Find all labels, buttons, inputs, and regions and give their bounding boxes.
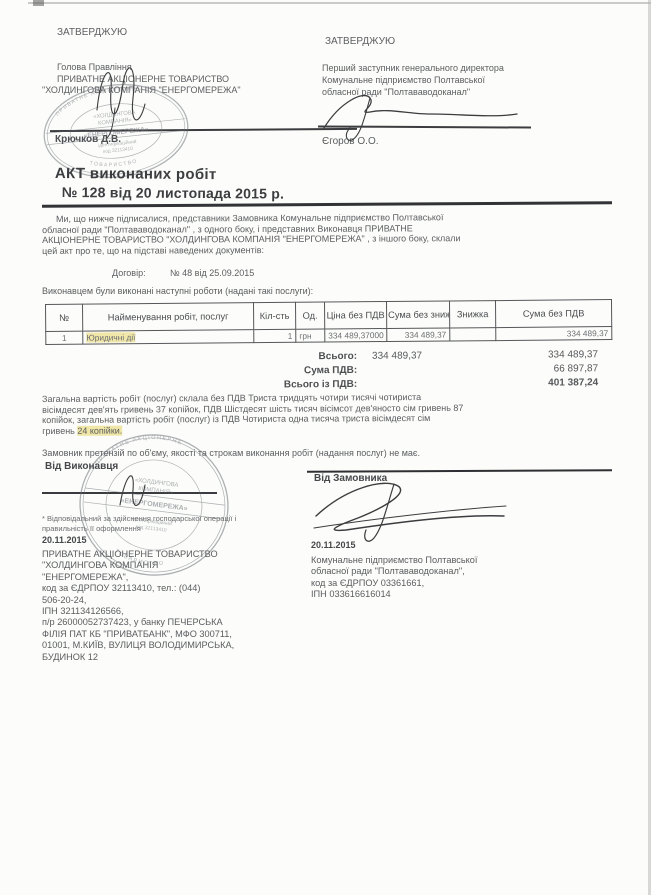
cell-qty: 1 bbox=[254, 329, 296, 342]
date-executor: 20.11.2015 bbox=[42, 535, 87, 546]
signature-scribble-executor bbox=[100, 455, 170, 515]
cell-unit: грн bbox=[296, 329, 325, 342]
col-header-qty: Кіл-сть bbox=[253, 302, 295, 329]
executor-detail-line: 01001, М.КИЇВ, ВУЛИЦЯ ВОЛОДИМИРСЬКА, bbox=[42, 640, 287, 651]
signature-scribble-customer bbox=[306, 476, 516, 546]
col-header-name: Найменування робіт, послуг bbox=[83, 303, 254, 331]
contract-value: № 48 від 25.09.2015 bbox=[170, 268, 254, 279]
works-intro: Виконавцем були виконані наступні роботи… bbox=[42, 286, 313, 297]
col-header-sum-no-vat: Сума без ПДВ bbox=[495, 300, 611, 328]
executor-detail-line: код за ЄДРПОУ 32113410, тел.: (044) bbox=[42, 583, 287, 594]
executor-detail-line: БУДИНОК 12 bbox=[42, 652, 287, 663]
executor-detail-line: "ЕНЕРГОМЕРЕЖА", bbox=[42, 572, 287, 583]
approve-left-label: ЗАТВЕРДЖУЮ bbox=[57, 27, 127, 39]
executor-detail-line: 506-20-24, bbox=[42, 595, 287, 606]
intro-line: цей акт про те, що на підставі наведених… bbox=[42, 243, 610, 256]
total-value: 334 489,37 bbox=[548, 349, 598, 360]
signature-scribble-chairman bbox=[85, 48, 165, 140]
document-number: № 128 від 20 листопада 2015 р. bbox=[55, 184, 284, 202]
cell-sum-no-vat: 334 489,37 bbox=[496, 327, 612, 341]
vat-label: Сума ПДВ: bbox=[198, 365, 357, 377]
customer-detail-line: ІПН 033616616014 bbox=[311, 589, 556, 600]
signature-scribble-director bbox=[312, 86, 527, 144]
approve-right-label: ЗАТВЕРДЖУЮ bbox=[325, 36, 395, 48]
scan-corner-blob bbox=[33, 0, 44, 6]
total-mid-value: 334 489,37 bbox=[372, 350, 422, 361]
intro-paragraph: Ми, що нижче підписалися, представники З… bbox=[42, 212, 610, 256]
executor-detail-line: ПРИВАТНЕ АКЦІОНЕРНЕ ТОВАРИСТВО bbox=[42, 549, 287, 560]
cell-sum-no-discount: 334 489,37 bbox=[387, 328, 450, 342]
footnote-line: * Відповідальний за здійснення господарс… bbox=[42, 514, 292, 524]
title-block: АКТ виконаних робіт № 128 від 20 листопа… bbox=[55, 165, 285, 202]
executor-detail-line: п/р 26000052737423, у банку ПЕЧЕРСЬКА bbox=[42, 617, 287, 628]
totals-block: Всього: 334 489,37 334 489,37 Сума ПДВ: … bbox=[198, 349, 600, 396]
approve-right-role: Перший заступник генерального директора bbox=[322, 63, 504, 74]
executor-detail-line: "ХОЛДИНГОВА КОМПАНІЯ bbox=[42, 560, 287, 571]
col-header-sum-no-discount: Сума без знижки bbox=[386, 301, 449, 329]
customer-detail-line: обласної ради "Полтававодоканал", bbox=[311, 566, 556, 577]
executor-detail-line: ФІЛІЯ ПАТ КБ "ПРИВАТБАНК", МФО 300711, bbox=[42, 629, 287, 640]
customer-detail-line: Комунальне підприємство Полтавської bbox=[311, 555, 556, 566]
vat-value: 66 897,87 bbox=[554, 363, 599, 374]
total-label: Всього: bbox=[198, 351, 357, 363]
executor-details: ПРИВАТНЕ АКЦІОНЕРНЕ ТОВАРИСТВО "ХОЛДИНГО… bbox=[42, 549, 287, 663]
cell-number: 1 bbox=[46, 331, 83, 344]
customer-detail-line: код за ЄДРПОУ 03361661, bbox=[311, 578, 556, 589]
executor-detail-line: ІПН 321134126566, bbox=[42, 606, 287, 617]
approve-right-org-line1: Комунальне підприємство Полтавської bbox=[322, 75, 485, 86]
cell-discount bbox=[450, 328, 496, 341]
footnote: * Відповідальний за здійснення господарс… bbox=[42, 514, 292, 534]
date-customer: 20.11.2015 bbox=[311, 540, 356, 551]
contract-label: Договір: bbox=[112, 268, 146, 279]
col-header-discount: Знижка bbox=[449, 301, 495, 328]
cell-price: 334 489,37000 bbox=[325, 329, 387, 343]
highlighted-work-name: Юридичні дії bbox=[86, 332, 135, 342]
col-header-number: № bbox=[46, 304, 83, 331]
cell-name: Юридичні дії bbox=[83, 330, 254, 344]
scanned-act-document: ЗАТВЕРДЖУЮ Голова Правління ПРИВАТНЕ АКЦ… bbox=[0, 0, 651, 895]
works-table: № Найменування робіт, послуг Кіл-сть Од.… bbox=[45, 299, 612, 345]
scan-edge-top bbox=[28, 2, 651, 4]
grand-total-value: 401 387,24 bbox=[548, 377, 598, 388]
title-underline bbox=[42, 201, 612, 207]
col-header-unit: Од. bbox=[295, 302, 324, 329]
customer-details: Комунальне підприємство Полтавської обла… bbox=[311, 555, 556, 601]
grand-total-label: Всього із ПДВ: bbox=[198, 379, 357, 391]
footnote-line: правильність її оформлення bbox=[42, 524, 292, 534]
col-header-price: Ціна без ПДВ bbox=[324, 302, 386, 330]
document-title: АКТ виконаних робіт bbox=[55, 165, 284, 184]
